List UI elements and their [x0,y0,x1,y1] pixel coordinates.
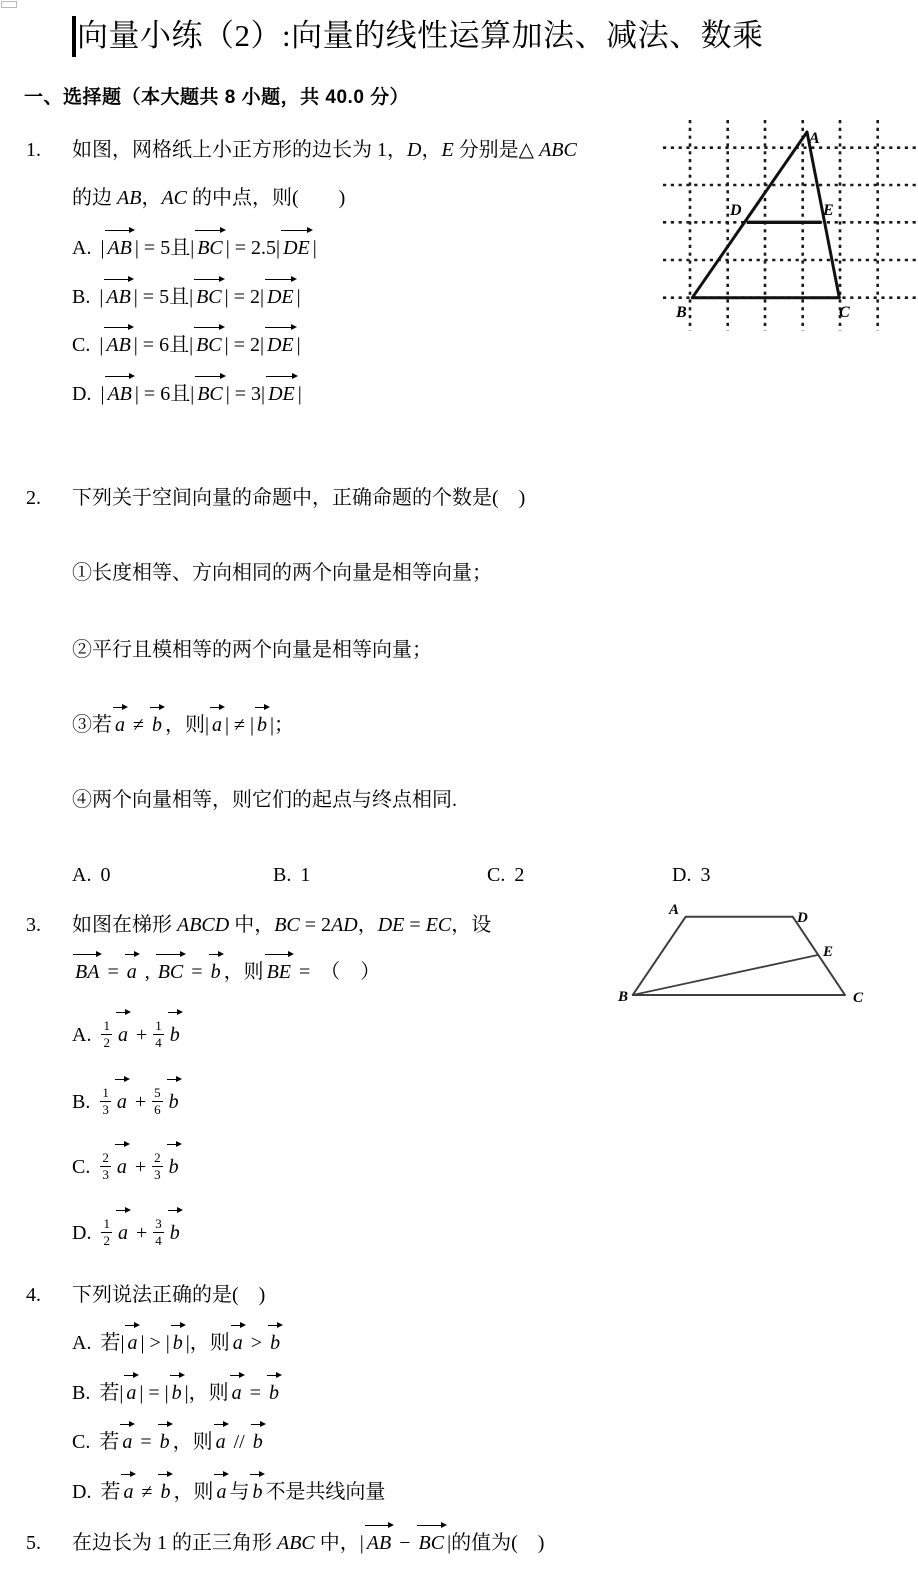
vector: DE [266,377,297,411]
vector: a [231,1326,245,1360]
title-row: 向量小练（2）:向量的线性运算加法、减法、数乘 [72,15,764,57]
question-3-option-a: A.12a + 14b [72,1013,183,1057]
option-label: B. [72,1091,90,1113]
option-text: 若|a| > |b|，则a > b [100,1332,283,1354]
fraction: 12 [101,1217,112,1249]
vector: b [170,1376,184,1410]
vector: a [115,1145,129,1189]
option-text: 23a + 23b [99,1156,181,1178]
question-4-stem: 下列说法正确的是( ) [72,1280,265,1310]
option-label: A. [72,237,91,259]
vector: BC [194,328,224,362]
question-3-option-d: D.12a + 34b [72,1211,183,1255]
option-label: D. [72,1481,91,1503]
fraction: 34 [153,1217,164,1249]
vertex-label-c: C [853,990,864,1006]
vertex-label-d: D [796,910,808,926]
question-3-stem-line-1: 如图在梯形 ABCD 中，BC = 2AD，DE = EC，设 [72,910,491,940]
vector: a [121,1475,135,1509]
question-2-statement-1: ①长度相等、方向相同的两个向量是相等向量； [72,558,492,588]
grid-triangle-figure: A B C D E [655,105,918,335]
vertex-label-b: B [675,304,687,321]
vector: b [209,955,223,989]
question-3-number: 3. [26,910,41,940]
vector: DE [265,280,296,314]
vector: b [250,1475,264,1509]
question-1-option-b: B.|AB| = 5且|BC| = 2|DE| [72,280,301,314]
vector: a [116,1013,130,1057]
vector: b [150,708,164,742]
fraction: 23 [100,1151,111,1183]
question-4-option-b: B.若|a| = |b|，则a = b [72,1376,282,1410]
fraction: 23 [152,1151,163,1183]
option-text: 若|a| = |b|，则a = b [99,1382,282,1404]
vector: a [116,1211,130,1255]
question-2-option-b: B.1 [273,860,310,890]
option-text: |AB| = 5且|BC| = 2.5|DE| [100,237,316,259]
question-2-stem: 下列关于空间向量的命题中，正确命题的个数是( ) [72,483,525,513]
vertex-label-e: E [822,202,834,219]
vector: b [255,708,269,742]
vector: b [168,1013,182,1057]
vector: AB [365,1526,393,1560]
question-4-option-a: A.若|a| > |b|，则a > b [72,1326,283,1360]
question-4-option-d: D.若a ≠ b，则a与b不是共线向量 [72,1475,385,1509]
corner-artifact [1,1,17,8]
fraction: 13 [100,1086,111,1118]
option-text: |AB| = 6且|BC| = 2|DE| [99,334,300,356]
question-2-number: 2. [26,483,41,513]
vector: a [214,1425,228,1459]
question-5-number: 5. [26,1526,41,1560]
vertex-label-c: C [839,304,850,321]
section-header: 一、选择题（本大题共 8 小题，共 40.0 分） [24,82,409,109]
option-label: A. [72,1024,91,1046]
vector: BE [265,955,293,989]
segment-be [633,955,818,995]
option-label: D. [672,864,691,886]
option-text: 1 [300,864,310,886]
vector: a [125,1326,139,1360]
question-4-number: 4. [26,1280,41,1310]
option-text: 0 [100,864,110,886]
vector: a [124,1376,138,1410]
question-3-option-b: B.13a + 56b [72,1080,182,1124]
vector: b [168,1211,182,1255]
option-label: B. [273,864,291,886]
option-text: 3 [700,864,710,886]
vector: DE [281,231,312,265]
vector: BC [195,377,225,411]
vector: AB [104,280,132,314]
question-1-stem-line-1: 如图，网格纸上小正方形的边长为 1，D，E 分别是△ ABC [72,135,577,165]
vertex-label-a: A [808,130,820,147]
vector: b [158,1475,172,1509]
fraction: 14 [153,1019,164,1051]
vertex-label-a: A [668,902,679,918]
option-label: C. [72,1156,90,1178]
vector: BC [156,955,186,989]
vector: BC [417,1526,447,1560]
vector: AB [105,231,133,265]
vertex-label-e: E [822,944,833,960]
option-text: 13a + 56b [99,1091,181,1113]
question-5-stem: 在边长为 1 的正三角形 ABC 中，|AB − BC|的值为( ) [72,1526,544,1560]
vector: a [230,1376,244,1410]
worksheet-page: 向量小练（2）:向量的线性运算加法、减法、数乘 一、选择题（本大题共 8 小题，… [0,0,918,1586]
vector: BC [194,280,224,314]
vector: BC [195,231,225,265]
vector: DE [265,328,296,362]
option-label: C. [72,1431,90,1453]
option-text: 若a ≠ b，则a与b不是共线向量 [100,1481,385,1503]
vertex-label-d: D [729,202,742,219]
page-title: 向量小练（2）:向量的线性运算加法、减法、数乘 [77,15,764,57]
question-3-stem-line-2: BA = a , BC = b，则BE = （ ） [72,955,380,989]
option-text: 2 [514,864,524,886]
question-4-option-c: C.若a = b，则a // b [72,1425,266,1459]
vector: a [210,708,224,742]
text-cursor[interactable] [72,16,76,57]
option-label: D. [72,383,91,405]
vector: b [171,1326,185,1360]
question-1-option-a: A.|AB| = 5且|BC| = 2.5|DE| [72,231,317,265]
vector: BA [73,955,101,989]
question-3-figure: A B C D E [590,885,918,1010]
vector: a [120,1425,134,1459]
question-3-option-c: C.23a + 23b [72,1145,182,1189]
question-2-option-a: A.0 [72,860,110,890]
question-1-option-c: C.|AB| = 6且|BC| = 2|DE| [72,328,301,362]
vector: AB [105,377,133,411]
fraction: 12 [101,1019,112,1051]
option-text: 若a = b，则a // b [99,1431,265,1453]
option-text: |AB| = 6且|BC| = 3|DE| [100,383,301,405]
question-1-stem-line-2: 的边 AB，AC 的中点，则( ) [72,183,345,213]
vector: b [251,1425,265,1459]
vector: a [115,1080,129,1124]
option-text: |AB| = 5且|BC| = 2|DE| [99,286,300,308]
vector: b [167,1145,181,1189]
vector: b [267,1376,281,1410]
grid-lines [663,120,916,331]
question-1-option-d: D.|AB| = 6且|BC| = 3|DE| [72,377,302,411]
question-2-statement-2: ②平行且模相等的两个向量是相等向量； [72,635,432,665]
fraction: 56 [152,1086,163,1118]
trapezoid-figure: A B C D E [590,885,918,1010]
vector: AB [104,328,132,362]
question-1-number: 1. [26,135,41,165]
question-2-statement-4: ④两个向量相等，则它们的起点与终点相同. [72,785,457,815]
question-2-statement-3: ③若a ≠ b，则|a| ≠ |b|； [72,708,294,742]
option-label: B. [72,286,90,308]
vector: b [167,1080,181,1124]
question-2-option-c: C.2 [487,860,524,890]
vector: a [113,708,127,742]
option-text: 12a + 34b [100,1222,182,1244]
option-label: D. [72,1222,91,1244]
option-label: B. [72,1382,90,1404]
vector: b [268,1326,282,1360]
option-text: 12a + 14b [100,1024,182,1046]
question-1-figure: A B C D E [655,105,918,335]
vertex-label-b: B [617,989,628,1005]
option-label: C. [487,864,505,886]
vector: a [125,955,139,989]
option-label: A. [72,1332,91,1354]
option-label: A. [72,864,91,886]
vector: b [158,1425,172,1459]
vector: a [214,1475,228,1509]
option-label: C. [72,334,90,356]
